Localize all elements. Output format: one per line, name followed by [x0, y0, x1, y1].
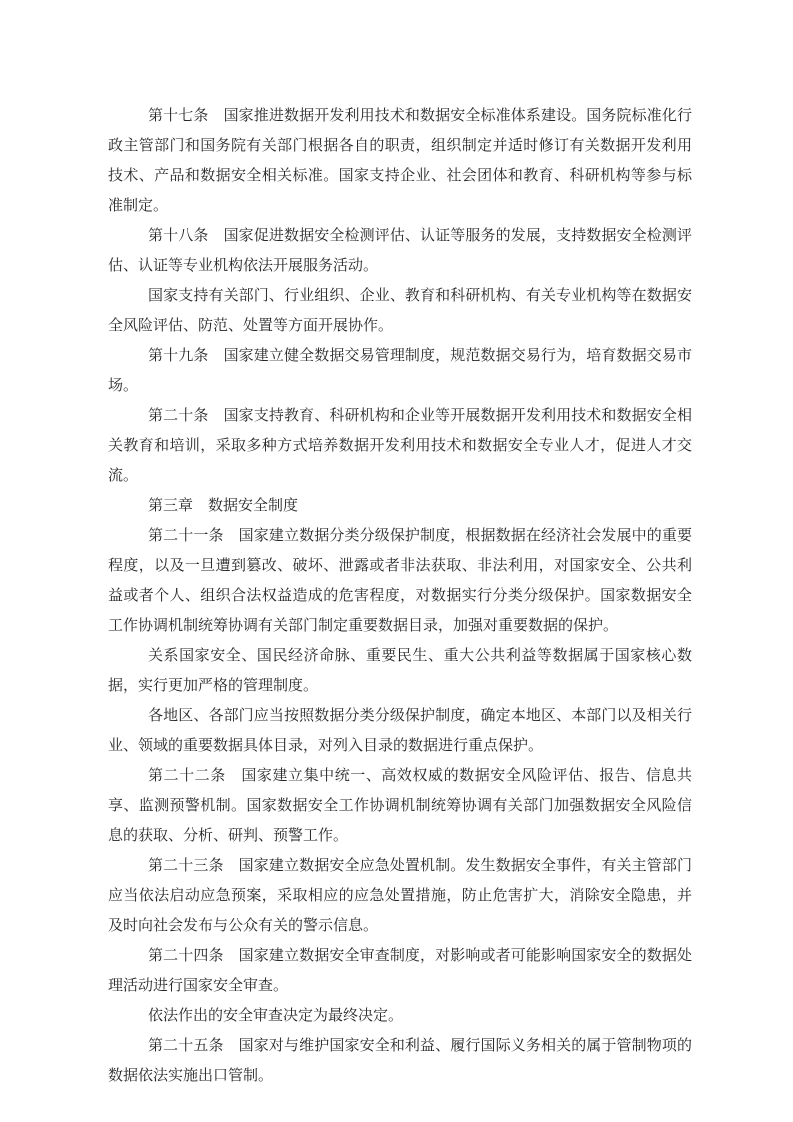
article-19-paragraph: 第十九条 国家建立健全数据交易管理制度，规范数据交易行为，培育数据交易市场。	[108, 341, 692, 401]
chapter-3-heading: 第三章 数据安全制度	[108, 491, 692, 521]
article-20-paragraph: 第二十条 国家支持教育、科研机构和企业等开展数据开发利用技术和数据安全相关教育和…	[108, 401, 692, 491]
article-24-paragraph-2: 依法作出的安全审查决定为最终决定。	[108, 1001, 692, 1031]
document-body: 第十七条 国家推进数据开发利用技术和数据安全标准体系建设。国务院标准化行政主管部…	[108, 101, 692, 1091]
document-page: 第十七条 国家推进数据开发利用技术和数据安全标准体系建设。国务院标准化行政主管部…	[0, 0, 793, 1122]
article-21-paragraph-2: 关系国家安全、国民经济命脉、重要民生、重大公共利益等数据属于国家核心数据，实行更…	[108, 641, 692, 701]
article-22-paragraph: 第二十二条 国家建立集中统一、高效权威的数据安全风险评估、报告、信息共享、监测预…	[108, 761, 692, 851]
article-18-paragraph-2: 国家支持有关部门、行业组织、企业、教育和科研机构、有关专业机构等在数据安全风险评…	[108, 281, 692, 341]
article-25-paragraph: 第二十五条 国家对与维护国家安全和利益、履行国际义务相关的属于管制物项的数据依法…	[108, 1031, 692, 1091]
article-18-paragraph: 第十八条 国家促进数据安全检测评估、认证等服务的发展，支持数据安全检测评估、认证…	[108, 221, 692, 281]
article-21-paragraph: 第二十一条 国家建立数据分类分级保护制度，根据数据在经济社会发展中的重要程度，以…	[108, 521, 692, 641]
article-17-paragraph: 第十七条 国家推进数据开发利用技术和数据安全标准体系建设。国务院标准化行政主管部…	[108, 101, 692, 221]
article-21-paragraph-3: 各地区、各部门应当按照数据分类分级保护制度，确定本地区、本部门以及相关行业、领域…	[108, 701, 692, 761]
article-24-paragraph: 第二十四条 国家建立数据安全审查制度，对影响或者可能影响国家安全的数据处理活动进…	[108, 941, 692, 1001]
article-23-paragraph: 第二十三条 国家建立数据安全应急处置机制。发生数据安全事件，有关主管部门应当依法…	[108, 851, 692, 941]
